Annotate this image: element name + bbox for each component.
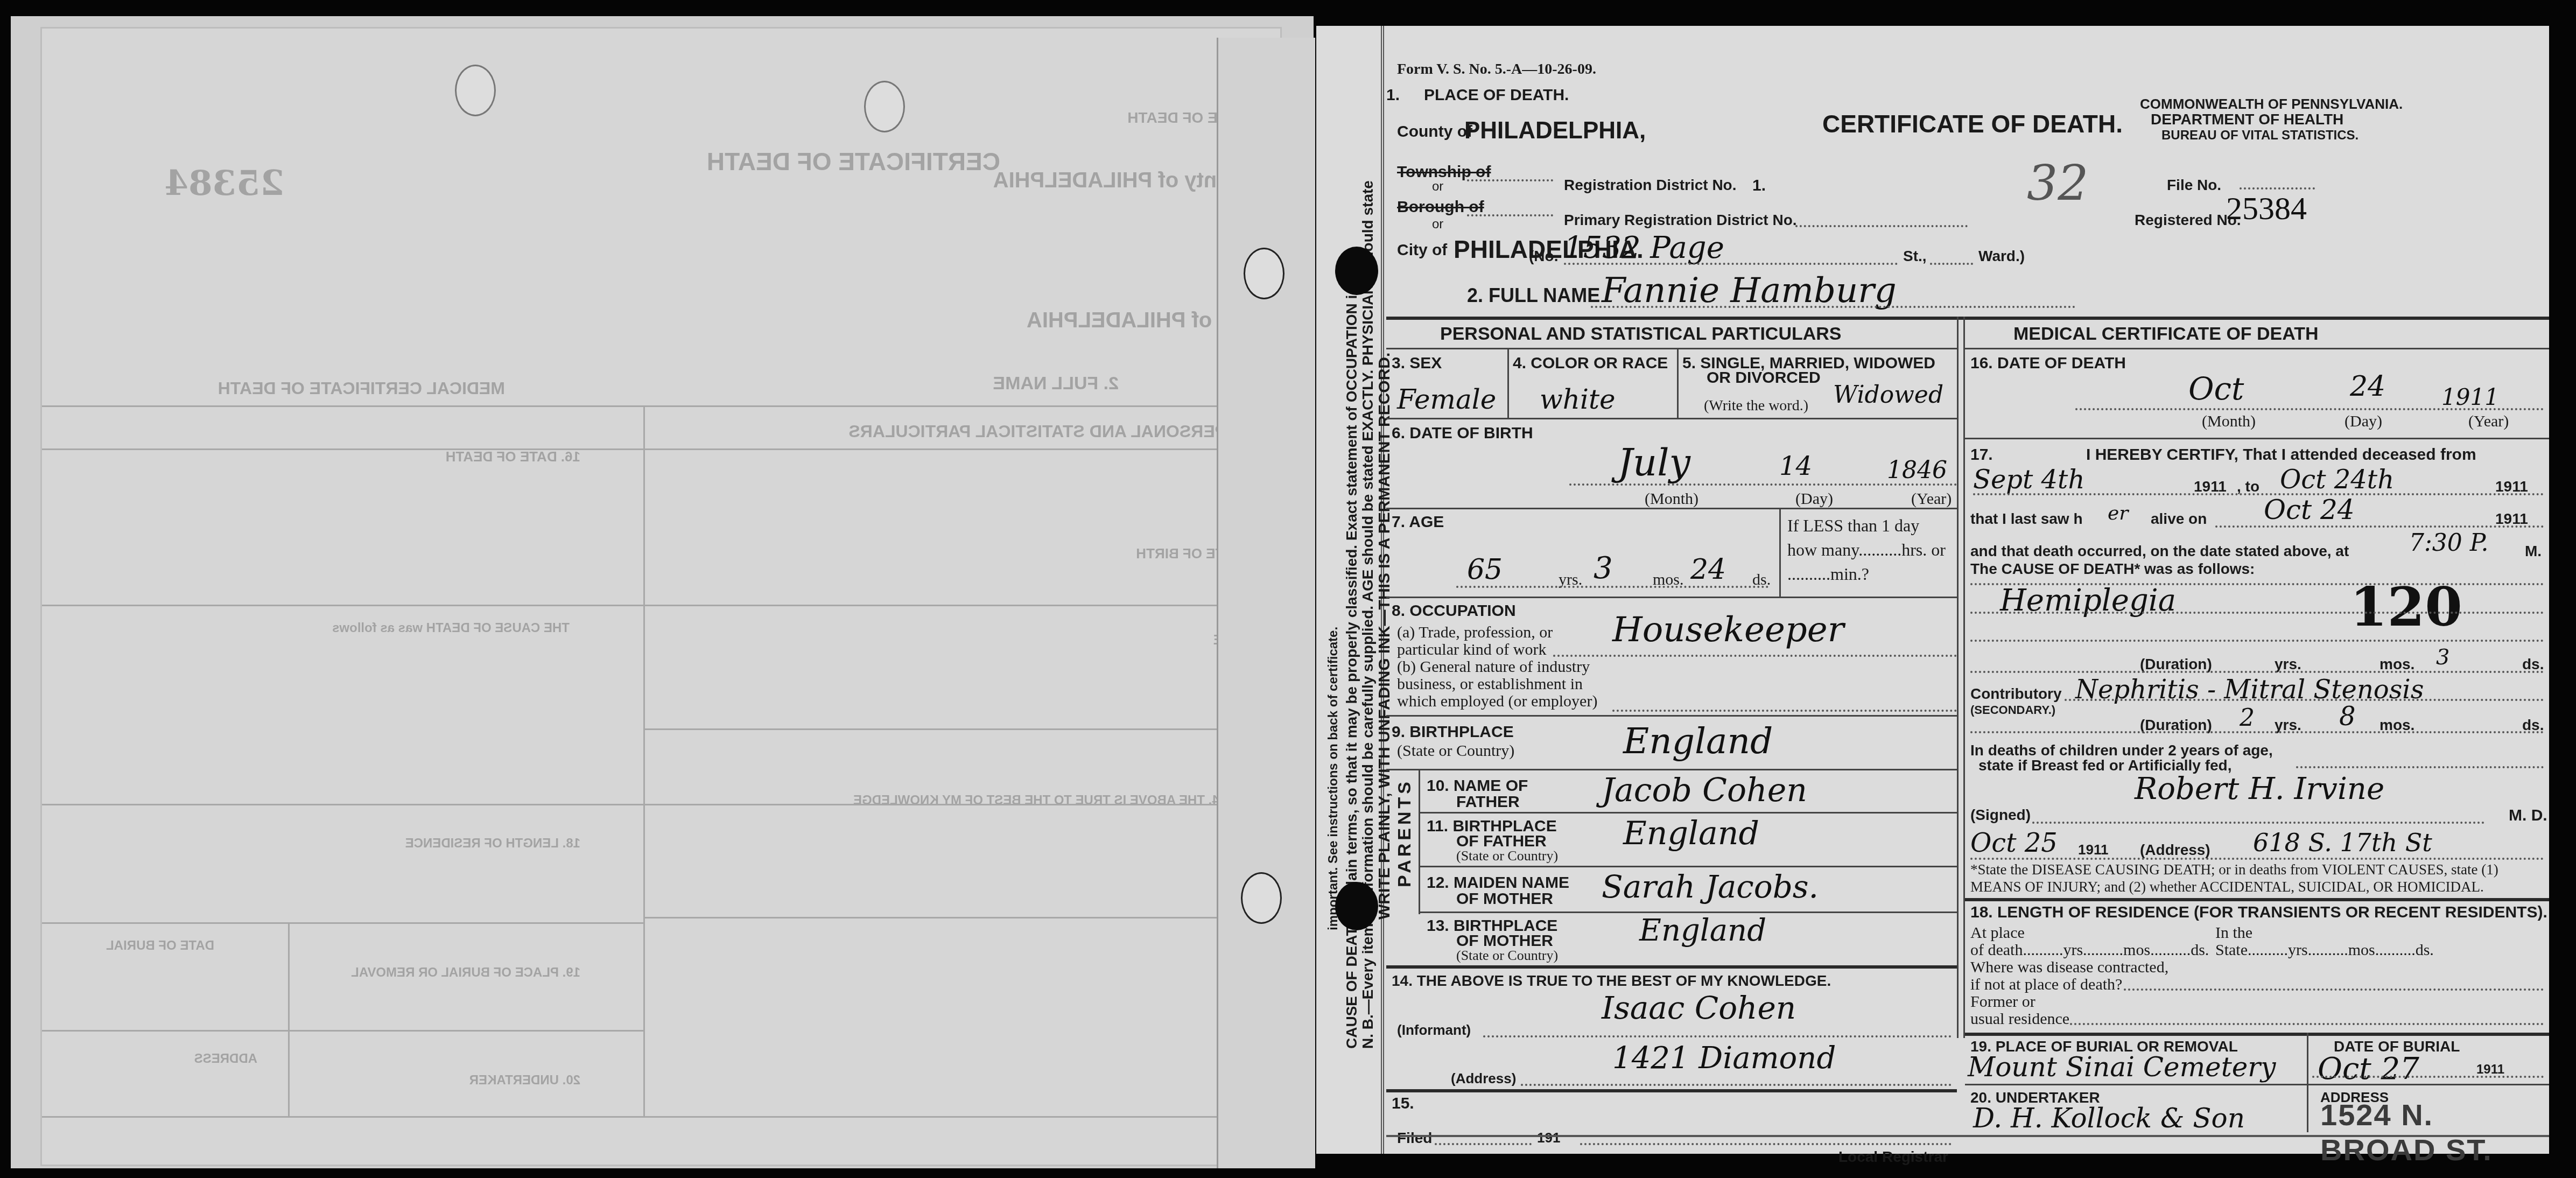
- registered-no-value: 25384: [2226, 190, 2307, 227]
- back-page-stack: PLACE OF DEATH CERTIFICATE OF DEATH Coun…: [11, 16, 1314, 1168]
- date-of-birth-label: 6. DATE OF BIRTH: [1392, 424, 1533, 443]
- occupation-label: 8. OCCUPATION: [1392, 602, 1516, 620]
- parents-label: PARENTS: [1394, 779, 1415, 887]
- back-label: 2. FULL NAME: [993, 373, 1119, 394]
- full-name-field[interactable]: [1591, 306, 2075, 308]
- occupation-a-label: (a) Trade, profession, or: [1397, 623, 1553, 642]
- informant-field[interactable]: [1483, 1035, 1952, 1037]
- burial-date-value: Oct 27: [2318, 1051, 2419, 1086]
- less-than-day-line2: how many..........hrs. or: [1787, 540, 1946, 560]
- full-name-label: 2. FULL NAME: [1467, 284, 1600, 307]
- signed-year: 1911: [2078, 842, 2108, 858]
- signed-date-value: Oct 25: [1970, 828, 2058, 858]
- back-label: 19. PLACE OF BURIAL OR REMOVAL: [351, 965, 580, 980]
- age-field[interactable]: [1456, 586, 1768, 588]
- undertaker-address-stamp: 1524 N. BROAD ST.: [2320, 1097, 2549, 1167]
- certify-text: I HEREBY CERTIFY, That I attended deceas…: [2086, 446, 2476, 464]
- physician-address-field[interactable]: [1970, 858, 2544, 860]
- borough-label: Borough of: [1397, 198, 1484, 216]
- occupation-a-field[interactable]: [1553, 655, 1957, 657]
- county-label: County of: [1397, 123, 1472, 141]
- back-label: PERSONAL AND STATISTICAL PARTICULARS: [848, 422, 1226, 441]
- signature-field[interactable]: [2032, 822, 2484, 824]
- personal-heading: PERSONAL AND STATISTICAL PARTICULARS: [1440, 324, 1842, 345]
- last-saw-label: that I last saw h: [1970, 510, 2083, 528]
- township-label: Township of: [1397, 163, 1491, 181]
- father-name-label: 10. NAME OF: [1427, 777, 1528, 795]
- mother-name-label: 12. MAIDEN NAME: [1427, 874, 1569, 892]
- township-field[interactable]: [1467, 179, 1553, 181]
- physician-address-label: (Address): [2140, 842, 2210, 859]
- punch-hole: [1335, 882, 1378, 930]
- occupation-value: Housekeeper: [1612, 610, 1844, 650]
- former-residence-label-1: Former or: [1970, 993, 2035, 1011]
- physician-address-value: 618 S. 17th St: [2253, 828, 2432, 857]
- birth-month-value: July: [1618, 440, 1690, 485]
- last-saw-date-value: Oct 24: [2264, 494, 2355, 525]
- binding-hole: [455, 65, 496, 116]
- age-days-value: 24: [1690, 553, 1726, 586]
- race-label: 4. COLOR OR RACE: [1513, 354, 1668, 373]
- bureau-label: BUREAU OF VITAL STATISTICS.: [2161, 128, 2359, 143]
- age-months-value: 3: [1594, 551, 1613, 586]
- marital-status-value: Widowed: [1833, 381, 1943, 409]
- section-15-number: 15.: [1392, 1095, 1414, 1113]
- registered-no-label: Registered No.: [2135, 212, 2241, 229]
- contracted-label-2: if not at place of death?: [1970, 976, 2122, 994]
- in-the-label: In the: [2215, 924, 2252, 942]
- back-page-mirrored: PLACE OF DEATH CERTIFICATE OF DEATH Coun…: [40, 27, 1282, 1166]
- binding-hole: [1244, 248, 1285, 299]
- marital-status-hint: (Write the word.): [1704, 397, 1808, 415]
- date-of-death-label: 16. DATE OF DEATH: [1970, 354, 2126, 373]
- footnote-line-2: MEANS OF INJURY; and (2) whether ACCIDEN…: [1970, 879, 2484, 895]
- filed-date-field[interactable]: [1435, 1143, 1532, 1145]
- back-file-no: 25384: [164, 163, 284, 204]
- back-label: 16. DATE OF DEATH: [446, 448, 580, 465]
- form-number: Form V. S. No. 5.-A—10-26-09.: [1397, 61, 1596, 78]
- back-label: 20. UNDERTAKER: [469, 1073, 580, 1088]
- occupation-b-field[interactable]: [1612, 710, 1957, 712]
- footnote-line-1: *State the DISEASE CAUSING DEATH; or in …: [1970, 861, 2498, 878]
- mother-name-label-2: OF MOTHER: [1456, 890, 1553, 908]
- burial-year: 1911: [2476, 1062, 2504, 1077]
- birthplace-label: 9. BIRTHPLACE: [1392, 723, 1514, 741]
- registrar-signature-field[interactable]: [1580, 1143, 1952, 1145]
- informant-address-value: 1421 Diamond: [1612, 1041, 1836, 1076]
- at-place-duration-field[interactable]: of death..........yrs..........mos......…: [1970, 941, 2209, 959]
- death-certificate-front: important. See instructions on back of c…: [1316, 26, 2549, 1154]
- attended-dates-field[interactable]: [1973, 493, 2544, 495]
- informant-value: Isaac Cohen: [1602, 990, 1796, 1026]
- contracted-field[interactable]: [2124, 988, 2544, 991]
- md-label: M. D.: [2509, 807, 2547, 825]
- place-of-death-heading: PLACE OF DEATH.: [1424, 86, 1569, 104]
- father-birthplace-value: England: [1623, 815, 1759, 852]
- back-label: 18. LENGTH OF RESIDENCE: [405, 836, 580, 851]
- back-page-content: PLACE OF DEATH CERTIFICATE OF DEATH Coun…: [42, 29, 1280, 1165]
- at-place-label: At place: [1970, 924, 2025, 942]
- mother-birthplace-hint: (State or Country): [1456, 948, 1558, 964]
- street-address-value: 1532 Page: [1564, 230, 1724, 265]
- date-of-death-field[interactable]: [2075, 408, 2544, 410]
- street-suffix-label: St.,: [1903, 248, 1927, 265]
- back-label: DATE OF BURIAL: [106, 938, 214, 953]
- city-label: City of: [1397, 241, 1447, 260]
- former-residence-field[interactable]: [2070, 1023, 2544, 1025]
- margin-note-3: important. See instructions on back of c…: [1326, 627, 1341, 930]
- registration-district-label: Registration District No.: [1564, 177, 1736, 194]
- cause-of-death-intro: The CAUSE OF DEATH* was as follows:: [1970, 560, 2255, 578]
- less-than-day-line3: ..........min.?: [1787, 564, 1869, 584]
- race-value: white: [1540, 384, 1616, 415]
- certificate-title: CERTIFICATE OF DEATH.: [1822, 109, 2123, 138]
- death-year-value: 1911: [2441, 384, 2499, 410]
- binding-hole: [864, 81, 905, 132]
- primary-registration-field[interactable]: [1795, 225, 1968, 227]
- commonwealth-label: COMMONWEALTH OF PENNSYLVANIA.: [2140, 96, 2403, 113]
- birthplace-value: England: [1623, 720, 1773, 762]
- medical-heading: MEDICAL CERTIFICATE OF DEATH: [2013, 324, 2319, 345]
- street-no-label: (No.: [1529, 248, 1558, 265]
- local-registrar-label: Local Registrar: [1838, 1148, 1948, 1166]
- occupation-b-label: (b) General nature of industry: [1397, 658, 1590, 676]
- date-of-birth-field[interactable]: [1569, 483, 1957, 486]
- instructions-margin: important. See instructions on back of c…: [1316, 26, 1384, 1154]
- less-than-day-line1: If LESS than 1 day: [1787, 516, 1919, 536]
- back-label: 14. THE ABOVE IS TRUE TO THE BEST OF MY …: [853, 793, 1226, 808]
- back-label: MEDICAL CERTIFICATE OF DEATH: [218, 378, 505, 398]
- cause-line-3: [1970, 640, 2544, 642]
- certify-number: 17.: [1970, 446, 1993, 464]
- dod-day-caption: (Day): [2345, 412, 2382, 431]
- informant-address-field[interactable]: [1521, 1084, 1952, 1086]
- or-label: or: [1432, 217, 1443, 232]
- secondary-duration-mos: 8: [2339, 702, 2356, 732]
- signed-label: (Signed): [1970, 807, 2031, 824]
- mother-name-value: Sarah Jacobs.: [1602, 868, 1819, 905]
- full-name-value: Fannie Hamburg: [1602, 271, 1897, 311]
- sex-label: 3. SEX: [1392, 354, 1442, 373]
- feeding-field[interactable]: [2296, 766, 2544, 768]
- death-month-value: Oct: [2188, 370, 2244, 407]
- department-label: DEPARTMENT OF HEALTH: [2151, 111, 2343, 128]
- or-label: or: [1432, 179, 1443, 194]
- undertaker-value: D. H. Kollock & Son: [1973, 1103, 2245, 1134]
- back-title: CERTIFICATE OF DEATH: [707, 147, 1000, 176]
- physician-signature-value: Robert H. Irvine: [2135, 772, 2384, 807]
- secondary-duration-field[interactable]: [1970, 731, 2544, 733]
- contributory-label: Contributory: [1970, 685, 2062, 703]
- informant-address-label: (Address): [1451, 1070, 1516, 1087]
- mother-birthplace-value: England: [1639, 913, 1766, 948]
- dod-month-caption: (Month): [2202, 412, 2256, 431]
- back-page-edge-strip: [1217, 38, 1315, 1168]
- former-residence-label-2: usual residence: [1970, 1010, 2069, 1028]
- filed-year-label: 191: [1537, 1130, 1560, 1146]
- binding-hole: [1241, 872, 1282, 924]
- contracted-label-1: Where was disease contracted,: [1970, 958, 2168, 977]
- informant-label: (Informant): [1397, 1022, 1471, 1039]
- occupation-b-label-2: business, or establishment in: [1397, 675, 1583, 693]
- secondary-duration-yrs: 2: [2240, 704, 2255, 732]
- residence-heading: 18. LENGTH OF RESIDENCE (FOR TRANSIENTS …: [1970, 903, 2547, 922]
- burial-date-field[interactable]: [2312, 1076, 2544, 1078]
- file-no-label: File No.: [2167, 177, 2221, 194]
- primary-duration-field[interactable]: [1970, 671, 2544, 673]
- father-name-value: Jacob Cohen: [1602, 772, 1807, 809]
- attended-from-value: Sept 4th: [1973, 465, 2084, 495]
- death-day-value: 24: [2350, 370, 2385, 403]
- last-saw-date-field[interactable]: [2215, 525, 2544, 528]
- primary-duration-mos: 3: [2436, 645, 2449, 670]
- sex-value: Female: [1397, 384, 1496, 415]
- burial-place-value: Mount Sinai Cemetery: [1968, 1051, 2276, 1083]
- punch-hole: [1335, 247, 1378, 295]
- month-caption: (Month): [1645, 490, 1698, 508]
- dod-year-caption: (Year): [2468, 412, 2509, 431]
- ward-field[interactable]: [1930, 263, 1973, 265]
- death-time-value: 7:30 P.: [2409, 529, 2488, 557]
- birth-year-value: 1846: [1887, 457, 1947, 484]
- registration-district-value: 1.: [1752, 177, 1766, 195]
- filed-label: Filed: [1397, 1130, 1432, 1147]
- secondary-label: (SECONDARY.): [1970, 703, 2055, 717]
- last-saw-pronoun: er: [2108, 502, 2129, 524]
- annotation-mark: 32: [2027, 155, 2089, 212]
- father-name-label-2: FATHER: [1456, 793, 1520, 811]
- back-label: THE CAUSE OF DEATH was as follows: [332, 621, 570, 636]
- informant-statement: 14. THE ABOVE IS TRUE TO THE BEST OF MY …: [1392, 972, 1831, 990]
- section-1-number: 1.: [1386, 86, 1400, 104]
- year-caption: (Year): [1911, 490, 1952, 508]
- cause-line-2: [1970, 612, 2544, 614]
- age-label: 7. AGE: [1392, 513, 1444, 531]
- father-birthplace-hint: (State or Country): [1456, 848, 1558, 864]
- cause-code: 120: [2350, 575, 2462, 639]
- birthplace-hint: (State or Country): [1397, 742, 1514, 760]
- borough-field[interactable]: [1467, 214, 1553, 216]
- occupation-a-label-2: particular kind of work: [1397, 641, 1546, 659]
- back-label: ADDRESS: [194, 1051, 257, 1067]
- primary-registration-label: Primary Registration District No.: [1564, 212, 1797, 229]
- in-state-duration-field[interactable]: State..........yrs..........mos.........…: [2215, 941, 2434, 959]
- certificate-body: Form V. S. No. 5.-A—10-26-09. 1. PLACE O…: [1386, 26, 2549, 1154]
- contributory-cause-field[interactable]: [2065, 699, 2544, 701]
- county-value: PHILADELPHIA,: [1464, 117, 1646, 144]
- occupation-b-label-3: which employed (or employer): [1397, 692, 1597, 711]
- attended-to-value: Oct 24th: [2280, 465, 2394, 495]
- age-years-value: 65: [1467, 553, 1503, 586]
- file-no-field[interactable]: [2240, 187, 2315, 190]
- birth-day-value: 14: [1779, 451, 1812, 481]
- day-caption: (Day): [1795, 490, 1833, 508]
- death-time-suffix: M.: [2525, 543, 2542, 560]
- alive-on-label: alive on: [2151, 510, 2207, 528]
- marital-status-label-2: OR DIVORCED: [1707, 369, 1821, 387]
- street-field[interactable]: [1564, 263, 1898, 265]
- ward-label: Ward.): [1978, 248, 2025, 265]
- death-time-label: and that death occurred, on the date sta…: [1970, 543, 2349, 560]
